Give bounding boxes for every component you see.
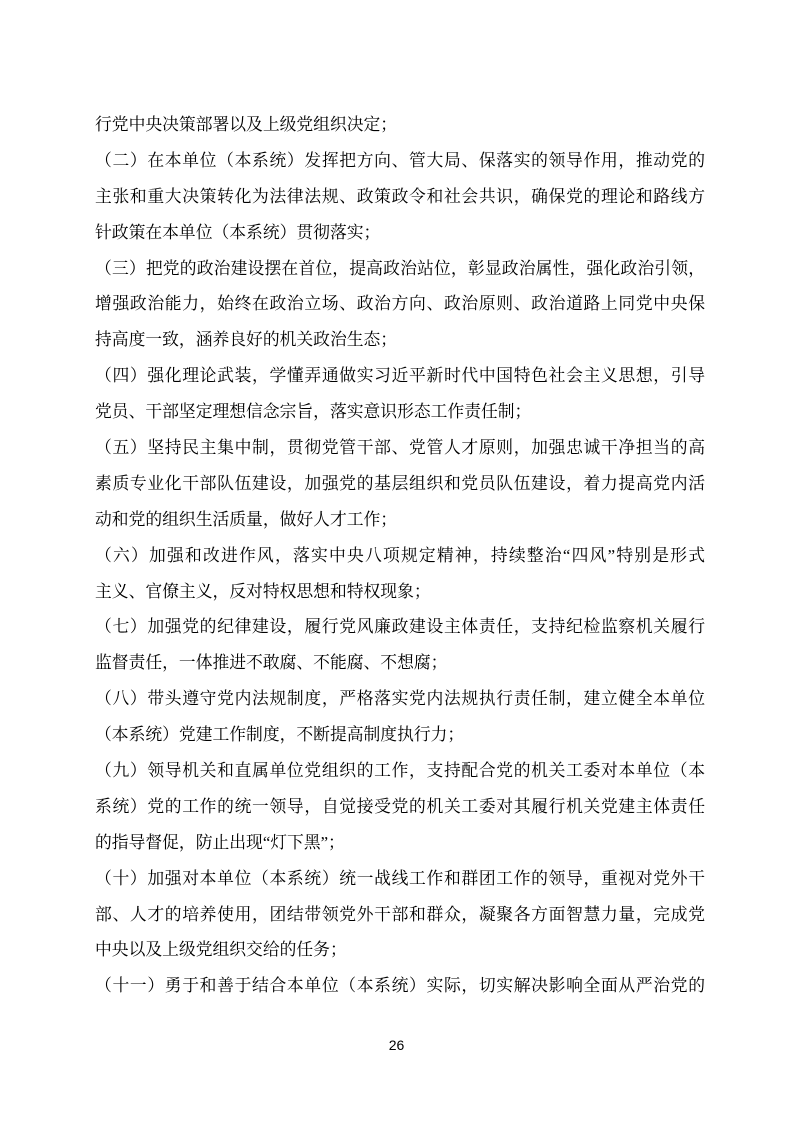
- document-text-block: 行党中央决策部署以及上级党组织决定； （二）在本单位（本系统）发挥把方向、管大局…: [95, 107, 705, 1004]
- text-line: （十一）勇于和善于结合本单位（本系统）实际，切实解决影响全面从严治党的: [95, 968, 705, 1004]
- text-line: （本系统）党建工作制度，不断提高制度执行力；: [95, 717, 705, 753]
- text-line: 针政策在本单位（本系统）贯彻落实；: [95, 215, 705, 251]
- text-line: 部、人才的培养使用，团结带领党外干部和群众，凝聚各方面智慧力量，完成党: [95, 897, 705, 933]
- text-line: （二）在本单位（本系统）发挥把方向、管大局、保落实的领导作用，推动党的: [95, 143, 705, 179]
- text-line: （五）坚持民主集中制，贯彻党管干部、党管人才原则，加强忠诚干净担当的高: [95, 430, 705, 466]
- text-line: 党员、干部坚定理想信念宗旨，落实意识形态工作责任制；: [95, 394, 705, 430]
- document-page: 行党中央决策部署以及上级党组织决定； （二）在本单位（本系统）发挥把方向、管大局…: [0, 0, 793, 1122]
- text-line: 的指导督促，防止出现“灯下黑”；: [95, 825, 705, 861]
- text-line: 行党中央决策部署以及上级党组织决定；: [95, 107, 705, 143]
- page-number: 26: [0, 1036, 793, 1054]
- text-line: （九）领导机关和直属单位党组织的工作，支持配合党的机关工委对本单位（本: [95, 753, 705, 789]
- text-line: （八）带头遵守党内法规制度，严格落实党内法规执行责任制，建立健全本单位: [95, 681, 705, 717]
- text-line: 动和党的组织生活质量，做好人才工作；: [95, 502, 705, 538]
- text-line: 监督责任，一体推进不敢腐、不能腐、不想腐；: [95, 645, 705, 681]
- text-line: （六）加强和改进作风，落实中央八项规定精神，持续整治“四风”特别是形式: [95, 538, 705, 574]
- text-line: 主张和重大决策转化为法律法规、政策政令和社会共识，确保党的理论和路线方: [95, 179, 705, 215]
- text-line: （三）把党的政治建设摆在首位，提高政治站位，彰显政治属性，强化政治引领，: [95, 251, 705, 287]
- text-line: （七）加强党的纪律建设，履行党风廉政建设主体责任，支持纪检监察机关履行: [95, 609, 705, 645]
- text-line: 主义、官僚主义，反对特权思想和特权现象；: [95, 574, 705, 610]
- text-line: 系统）党的工作的统一领导，自觉接受党的机关工委对其履行机关党建主体责任: [95, 789, 705, 825]
- text-line: 素质专业化干部队伍建设，加强党的基层组织和党员队伍建设，着力提高党内活: [95, 466, 705, 502]
- text-line: （十）加强对本单位（本系统）统一战线工作和群团工作的领导，重视对党外干: [95, 861, 705, 897]
- text-line: （四）强化理论武装，学懂弄通做实习近平新时代中国特色社会主义思想，引导: [95, 358, 705, 394]
- text-line: 增强政治能力，始终在政治立场、政治方向、政治原则、政治道路上同党中央保: [95, 286, 705, 322]
- text-line: 持高度一致，涵养良好的机关政治生态；: [95, 322, 705, 358]
- text-line: 中央以及上级党组织交给的任务；: [95, 932, 705, 968]
